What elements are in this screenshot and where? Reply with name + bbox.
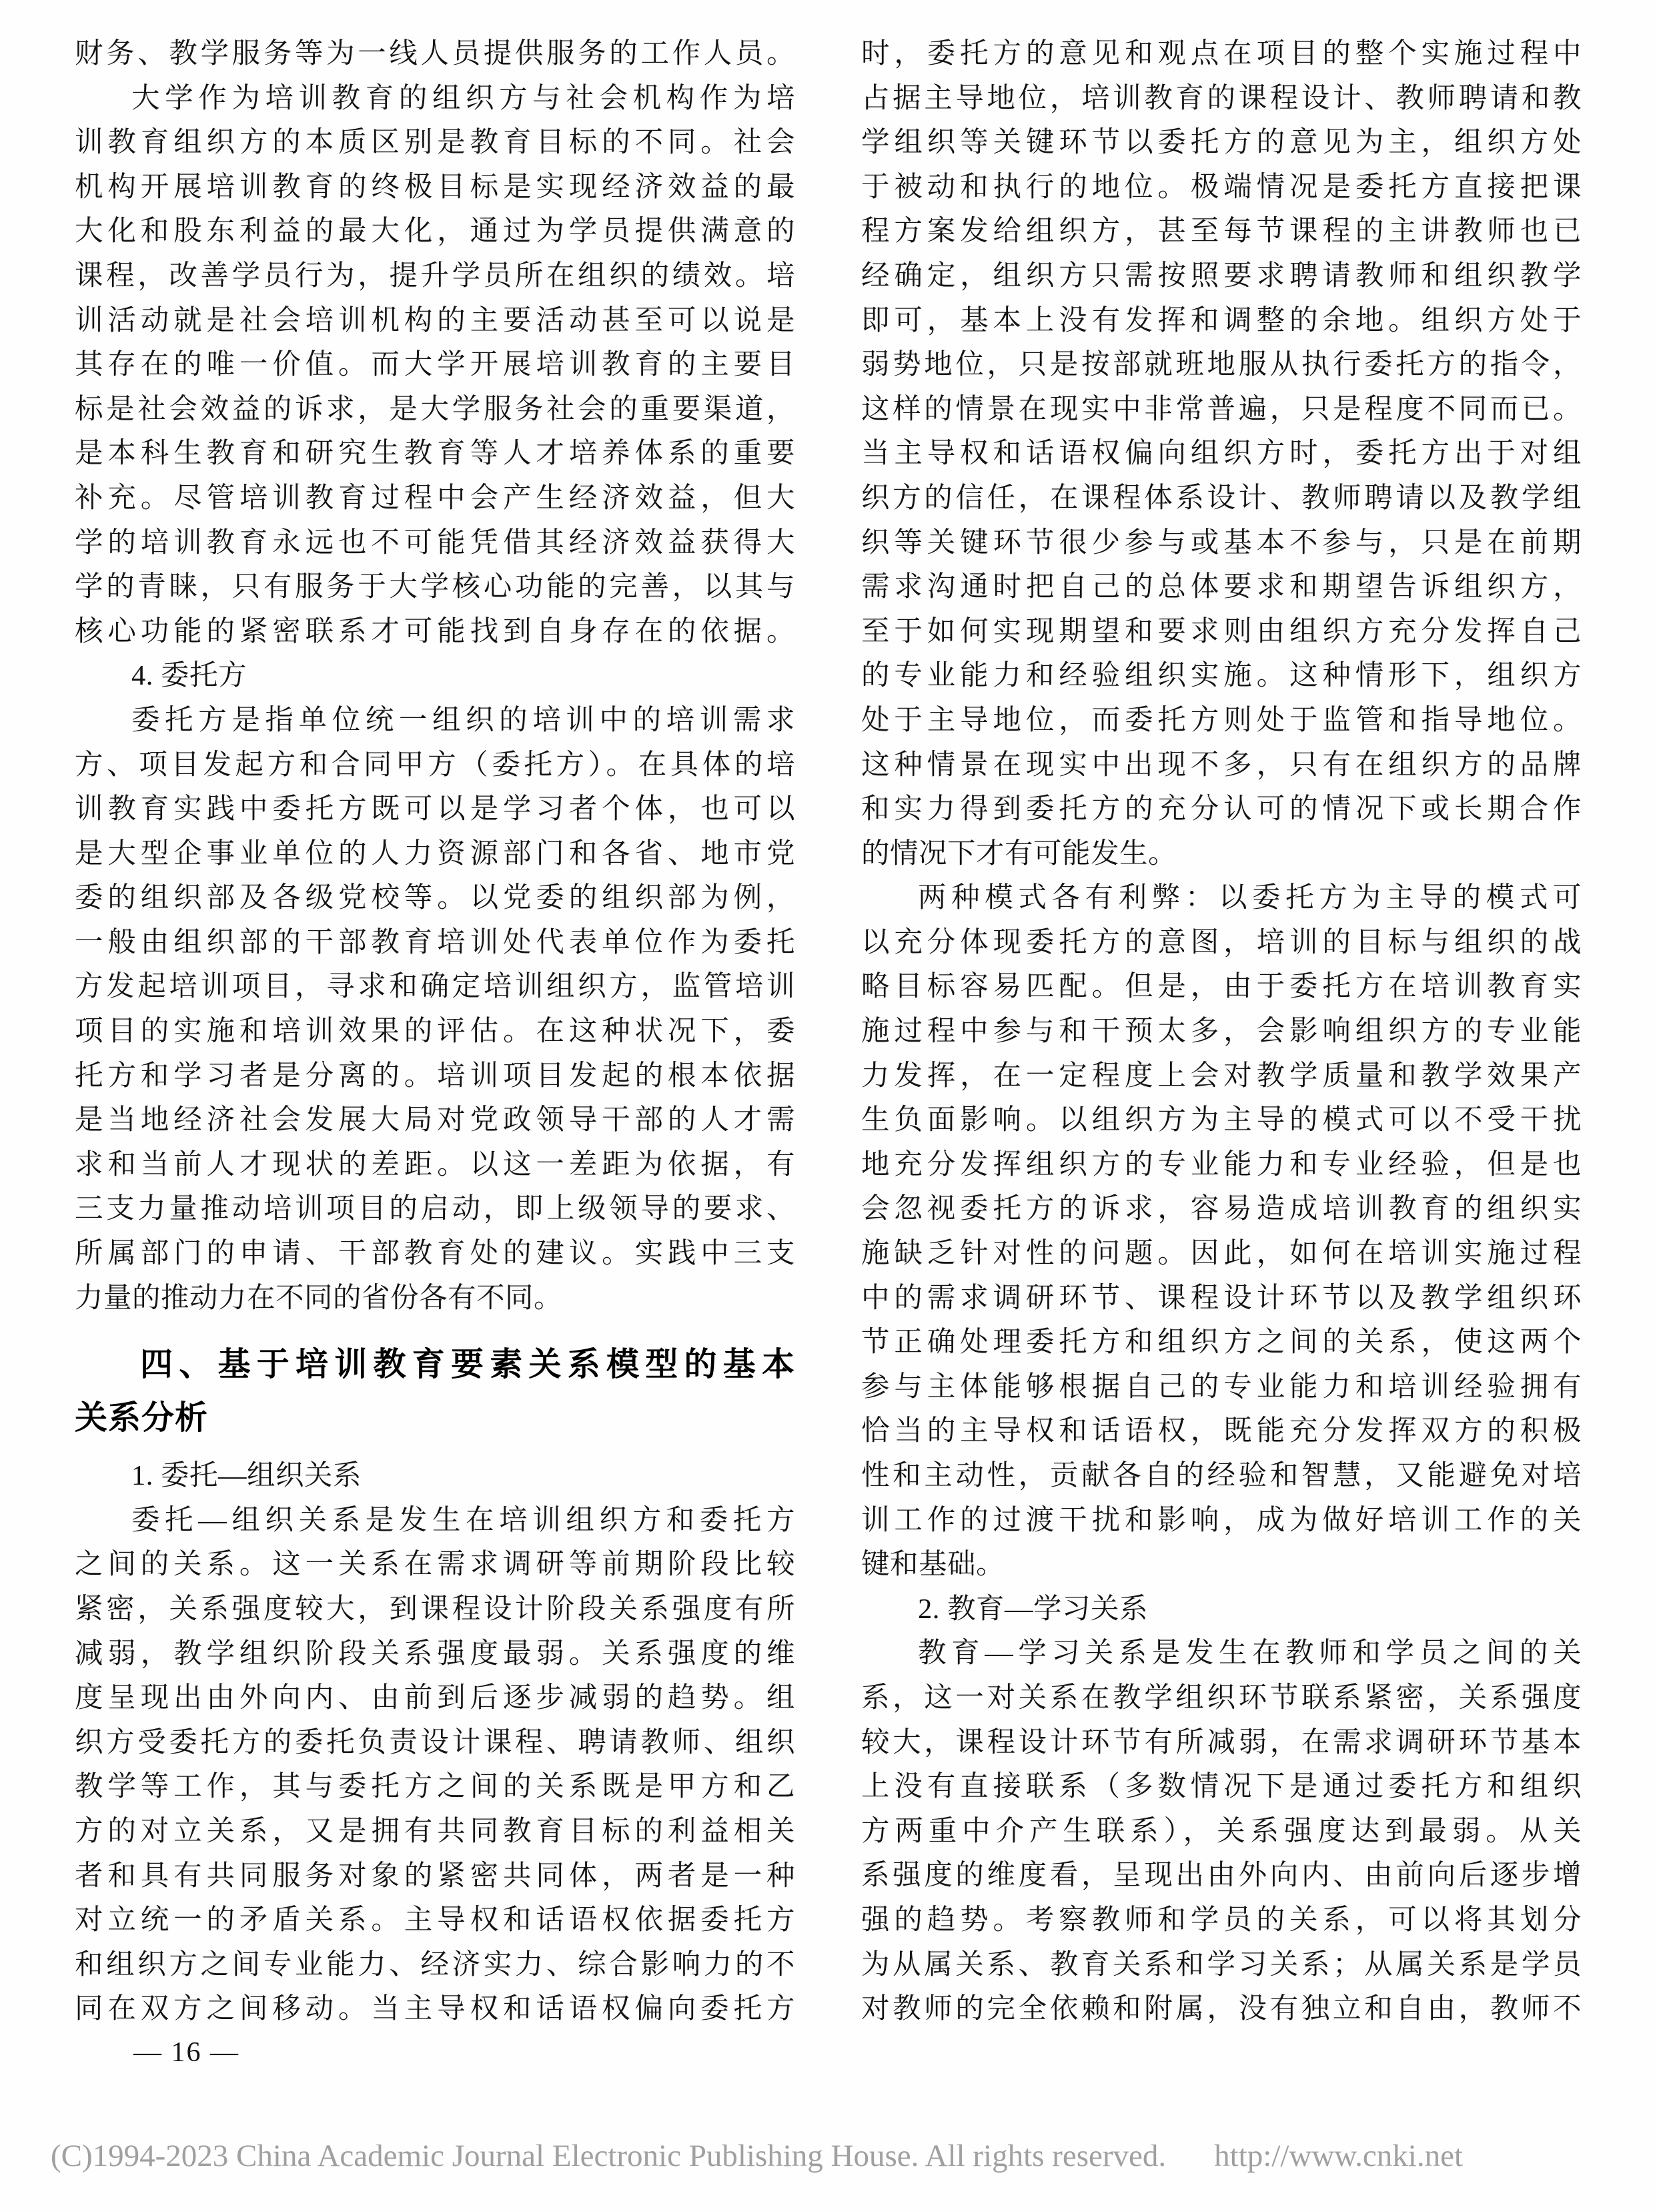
text-line: 恰当的主导权和话语权，既能充分发挥双方的积极 (861, 1409, 1582, 1454)
text-line: 训教育实践中委托方既可以是学习者个体，也可以 (75, 787, 795, 832)
text-line: 经确定，组织方只需按照要求聘请教师和组织教学 (861, 254, 1582, 299)
text-line: 弱势地位，只是按部就班地服从执行委托方的指令， (861, 343, 1582, 388)
text-line: 其存在的唯一价值。而大学开展培训教育的主要目 (75, 343, 795, 388)
text-line: 委托方是指单位统一组织的培训中的培训需求 (75, 699, 795, 743)
text-line: 施缺乏针对性的问题。因此，如何在培训实施过程 (861, 1232, 1582, 1276)
text-line: 是本科生教育和研究生教育等人才培养体系的重要 (75, 432, 795, 476)
text-line: 对教师的完全依赖和附属，没有独立和自由，教师不 (861, 1987, 1582, 2032)
text-line: 节正确处理委托方和组织方之间的关系，使这两个 (861, 1321, 1582, 1365)
text-line: 同在双方之间移动。当主导权和话语权偏向委托方 (75, 1987, 795, 2032)
left-text-column: 财务、教学服务等为一线人员提供服务的工作人员。大学作为培训教育的组织方与社会机构… (75, 32, 795, 2032)
text-line: 训活动就是社会培训机构的主要活动甚至可以说是 (75, 299, 795, 344)
text-line: 上没有直接联系（多数情况下是通过委托方和组织 (861, 1765, 1582, 1810)
text-line: 织等关键环节很少参与或基本不参与，只是在前期 (861, 521, 1582, 566)
text-line: 这种情景在现实中出现不多，只有在组织方的品牌 (861, 743, 1582, 788)
text-line: 于被动和执行的地位。极端情况是委托方直接把课 (861, 165, 1582, 210)
text-line: 施过程中参与和干预太多，会影响组织方的专业能 (861, 1010, 1582, 1054)
footer-copyright-text: (C)1994-2023 China Academic Journal Elec… (51, 2138, 1166, 2174)
footer-url: http://www.cnki.net (1214, 2138, 1463, 2174)
text-line: 1. 委托—组织关系 (75, 1454, 795, 1499)
text-line: 学的培训教育永远也不可能凭借其经济效益获得大 (75, 521, 795, 566)
text-line: 标是社会效益的诉求，是大学服务社会的重要渠道， (75, 388, 795, 432)
text-line: 至于如何实现期望和要求则由组织方充分发挥自己 (861, 610, 1582, 655)
journal-page: 财务、教学服务等为一线人员提供服务的工作人员。大学作为培训教育的组织方与社会机构… (0, 0, 1655, 2212)
section-heading-line: 关系分析 (75, 1391, 795, 1445)
text-line: 财务、教学服务等为一线人员提供服务的工作人员。 (75, 32, 795, 77)
text-line: 时，委托方的意见和观点在项目的整个实施过程中 (861, 32, 1582, 77)
text-line: 的专业能力和经验组织实施。这种情形下，组织方 (861, 654, 1582, 699)
text-line: 略目标容易匹配。但是，由于委托方在培训教育实 (861, 965, 1582, 1010)
text-line: 和实力得到委托方的充分认可的情况下或长期合作 (861, 787, 1582, 832)
text-line: 方的对立关系，又是拥有共同教育目标的利益相关 (75, 1810, 795, 1854)
text-line: 之间的关系。这一关系在需求调研等前期阶段比较 (75, 1543, 795, 1587)
footer: (C)1994-2023 China Academic Journal Elec… (51, 2138, 1463, 2174)
right-text-column: 时，委托方的意见和观点在项目的整个实施过程中占据主导地位，培训教育的课程设计、教… (861, 32, 1582, 2032)
text-line: 两种模式各有利弊：以委托方为主导的模式可 (861, 876, 1582, 921)
text-line: 程方案发给组织方，甚至每节课程的主讲教师也已 (861, 210, 1582, 254)
text-line: 键和基础。 (861, 1543, 1582, 1587)
text-line: 4. 委托方 (75, 654, 795, 699)
text-line: 强的趋势。考察教师和学员的关系，可以将其划分 (861, 1898, 1582, 1943)
text-line: 力发挥，在一定程度上会对教学质量和教学效果产 (861, 1054, 1582, 1099)
text-line: 需求沟通时把自己的总体要求和期望告诉组织方， (861, 565, 1582, 610)
text-line: 训工作的过渡干扰和影响，成为做好培训工作的关 (861, 1499, 1582, 1543)
text-line: 教育—学习关系是发生在教师和学员之间的关 (861, 1631, 1582, 1676)
text-line: 紧密，关系强度较大，到课程设计阶段关系强度有所 (75, 1587, 795, 1632)
text-line: 求和当前人才现状的差距。以这一差距为依据，有 (75, 1143, 795, 1188)
text-line: 一般由组织部的干部教育培训处代表单位作为委托 (75, 921, 795, 966)
text-line: 织方的信任，在课程体系设计、教师聘请以及教学组 (861, 476, 1582, 521)
text-line: 补充。尽管培训教育过程中会产生经济效益，但大 (75, 476, 795, 521)
text-line: 性和主动性，贡献各自的经验和智慧，又能避免对培 (861, 1454, 1582, 1499)
text-line: 织方受委托方的委托负责设计课程、聘请教师、组织 (75, 1721, 795, 1766)
text-line: 方两重中介产生联系），关系强度达到最弱。从关 (861, 1810, 1582, 1854)
text-line: 生负面影响。以组织方为主导的模式可以不受干扰 (861, 1098, 1582, 1143)
text-line: 学组织等关键环节以委托方的意见为主，组织方处 (861, 121, 1582, 165)
text-line: 这样的情景在现实中非常普遍，只是程度不同而已。 (861, 388, 1582, 432)
text-line: 系强度的维度看，呈现出由外向内、由前向后逐步增 (861, 1854, 1582, 1898)
text-line: 即可，基本上没有发挥和调整的余地。组织方处于 (861, 299, 1582, 344)
text-line: 力量的推动力在不同的省份各有不同。 (75, 1276, 795, 1321)
text-line: 者和具有共同服务对象的紧密共同体，两者是一种 (75, 1854, 795, 1899)
text-line: 委的组织部及各级党校等。以党委的组织部为例， (75, 876, 795, 921)
text-line: 对立统一的矛盾关系。主导权和话语权依据委托方 (75, 1898, 795, 1943)
text-line: 地充分发挥组织方的专业能力和专业经验，但是也 (861, 1143, 1582, 1188)
text-line: 项目的实施和培训效果的评估。在这种状况下，委 (75, 1010, 795, 1054)
text-line: 2. 教育—学习关系 (861, 1587, 1582, 1632)
text-line: 中的需求调研环节、课程设计环节以及教学组织环 (861, 1276, 1582, 1321)
text-line: 当主导权和话语权偏向组织方时，委托方出于对组 (861, 432, 1582, 476)
text-line: 是当地经济社会发展大局对党政领导干部的人才需 (75, 1098, 795, 1143)
text-line: 处于主导地位，而委托方则处于监管和指导地位。 (861, 699, 1582, 743)
text-line: 托方和学习者是分离的。培训项目发起的根本依据 (75, 1054, 795, 1099)
text-line: 占据主导地位，培训教育的课程设计、教师聘请和教 (861, 77, 1582, 121)
text-line: 和组织方之间专业能力、经济实力、综合影响力的不 (75, 1943, 795, 1988)
text-line: 大学作为培训教育的组织方与社会机构作为培 (75, 77, 795, 121)
section-heading-line: 四、基于培训教育要素关系模型的基本 (75, 1338, 795, 1391)
text-line: 大化和股东利益的最大化，通过为学员提供满意的 (75, 210, 795, 254)
text-line: 学的青睐，只有服务于大学核心功能的完善，以其与 (75, 565, 795, 610)
text-line: 机构开展培训教育的终极目标是实现经济效益的最 (75, 165, 795, 210)
text-line: 教学等工作，其与委托方之间的关系既是甲方和乙 (75, 1765, 795, 1810)
text-line: 为从属关系、教育关系和学习关系；从属关系是学员 (861, 1943, 1582, 1988)
text-line: 参与主体能够根据自己的专业能力和培训经验拥有 (861, 1365, 1582, 1410)
text-line: 方发起培训项目，寻求和确定培训组织方，监管培训 (75, 965, 795, 1010)
text-line: 课程，改善学员行为，提升学员所在组织的绩效。培 (75, 254, 795, 299)
text-line: 的情况下才有可能发生。 (861, 832, 1582, 877)
text-line: 所属部门的申请、干部教育处的建议。实践中三支 (75, 1232, 795, 1276)
text-line: 训教育组织方的本质区别是教育目标的不同。社会 (75, 121, 795, 165)
text-line: 会忽视委托方的诉求，容易造成培训教育的组织实 (861, 1187, 1582, 1232)
text-line: 系，这一对关系在教学组织环节联系紧密，关系强度 (861, 1676, 1582, 1721)
text-line: 减弱，教学组织阶段关系强度最弱。关系强度的维 (75, 1632, 795, 1677)
text-line: 委托—组织关系是发生在培训组织方和委托方 (75, 1499, 795, 1543)
text-line: 三支力量推动培训项目的启动，即上级领导的要求、 (75, 1187, 795, 1232)
text-line: 方、项目发起方和合同甲方（委托方）。在具体的培 (75, 743, 795, 788)
text-line: 度呈现出由外向内、由前到后逐步减弱的趋势。组 (75, 1676, 795, 1721)
text-line: 核心功能的紧密联系才可能找到自身存在的依据。 (75, 610, 795, 655)
page-number: — 16 — (133, 2037, 239, 2069)
text-line: 较大，课程设计环节有所减弱，在需求调研环节基本 (861, 1721, 1582, 1766)
text-line: 以充分体现委托方的意图，培训的目标与组织的战 (861, 921, 1582, 966)
text-line: 是大型企事业单位的人力资源部门和各省、地市党 (75, 832, 795, 877)
